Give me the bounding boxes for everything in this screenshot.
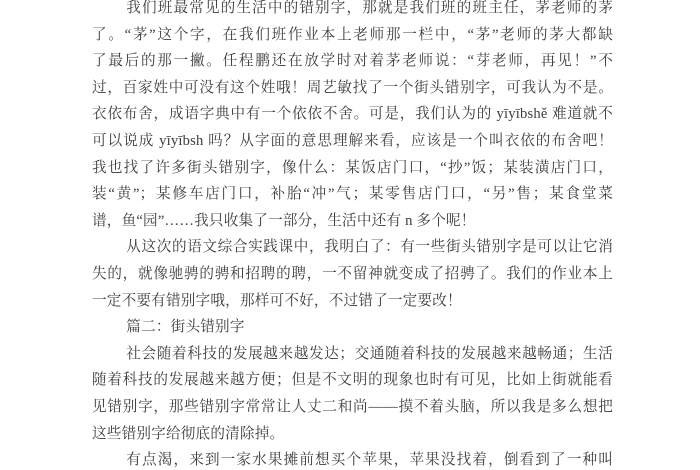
text-line: 失的，就像驰骋的骋和招聘的聘，一不留神就变成了招骋了。我们的作业本上: [92, 261, 613, 288]
text-line: 一定不要有错别字哦，那样可不好，不过错了一定要改！: [92, 288, 613, 315]
text-line: 这些错别字给彻底的清除掉。: [92, 421, 613, 448]
text-line: 谱，鱼“园”……我只收集了一部分，生活中还有 n 多个呢！: [92, 208, 613, 235]
text-column: 我们班最常见的生活中的错别字，那就是我们班的班主任，茅老师的茅 了。“茅”这个字…: [92, 0, 613, 470]
text-line: 我们班最常见的生活中的错别字，那就是我们班的班主任，茅老师的茅: [92, 0, 613, 22]
section-heading: 篇二：街头错别字: [92, 314, 613, 341]
text-line: 从这次的语文综合实践课中，我明白了：有一些街头错别字是可以让它消: [92, 234, 613, 261]
text-line: 我也找了许多街头错别字，像什么：某饭店门口，“抄”饭；某装潢店门口，: [92, 155, 613, 182]
text-line: 社会随着科技的发展越来越发达；交通随着科技的发展越来越畅通；生活: [92, 341, 613, 368]
text-line: 有点渴，来到一家水果摊前想买个苹果，苹果没找着，倒看到了一种叫: [92, 447, 613, 470]
text-line: 装“黄”；某修车店门口，补胎“冲”气；某零售店门口，“另”售；某食堂菜: [92, 181, 613, 208]
text-line: 随着科技的发展越来越方便；但是不文明的现象也时有可见，比如上街就能看: [92, 367, 613, 394]
text-line: 了。“茅”这个字，在我们班作业本上老师那一栏中，“茅”老师的茅大都缺: [92, 22, 613, 49]
text-line: 可以说成 yīyībsh 吗？从字面的意思理解来看，应该是一个叫衣依的布舍吧！: [92, 128, 613, 155]
document-page: 我们班最常见的生活中的错别字，那就是我们班的班主任，茅老师的茅 了。“茅”这个字…: [0, 0, 700, 470]
text-line: 衣依布舍，成语字典中有一个依依不舍。可是，我们认为的 yīyībshě 难道就不: [92, 101, 613, 128]
text-line: 了最后的那一撇。任程鹏还在放学时对着茅老师说：“芽老师，再见！”不: [92, 48, 613, 75]
text-line: 过，百家姓中可没有这个姓哦！周艺敏找了一个街头错别字，可我认为不是。: [92, 75, 613, 102]
text-line: 见错别字，那些错别字常常让人丈二和尚——摸不着头脑，所以我是多么想把: [92, 394, 613, 421]
